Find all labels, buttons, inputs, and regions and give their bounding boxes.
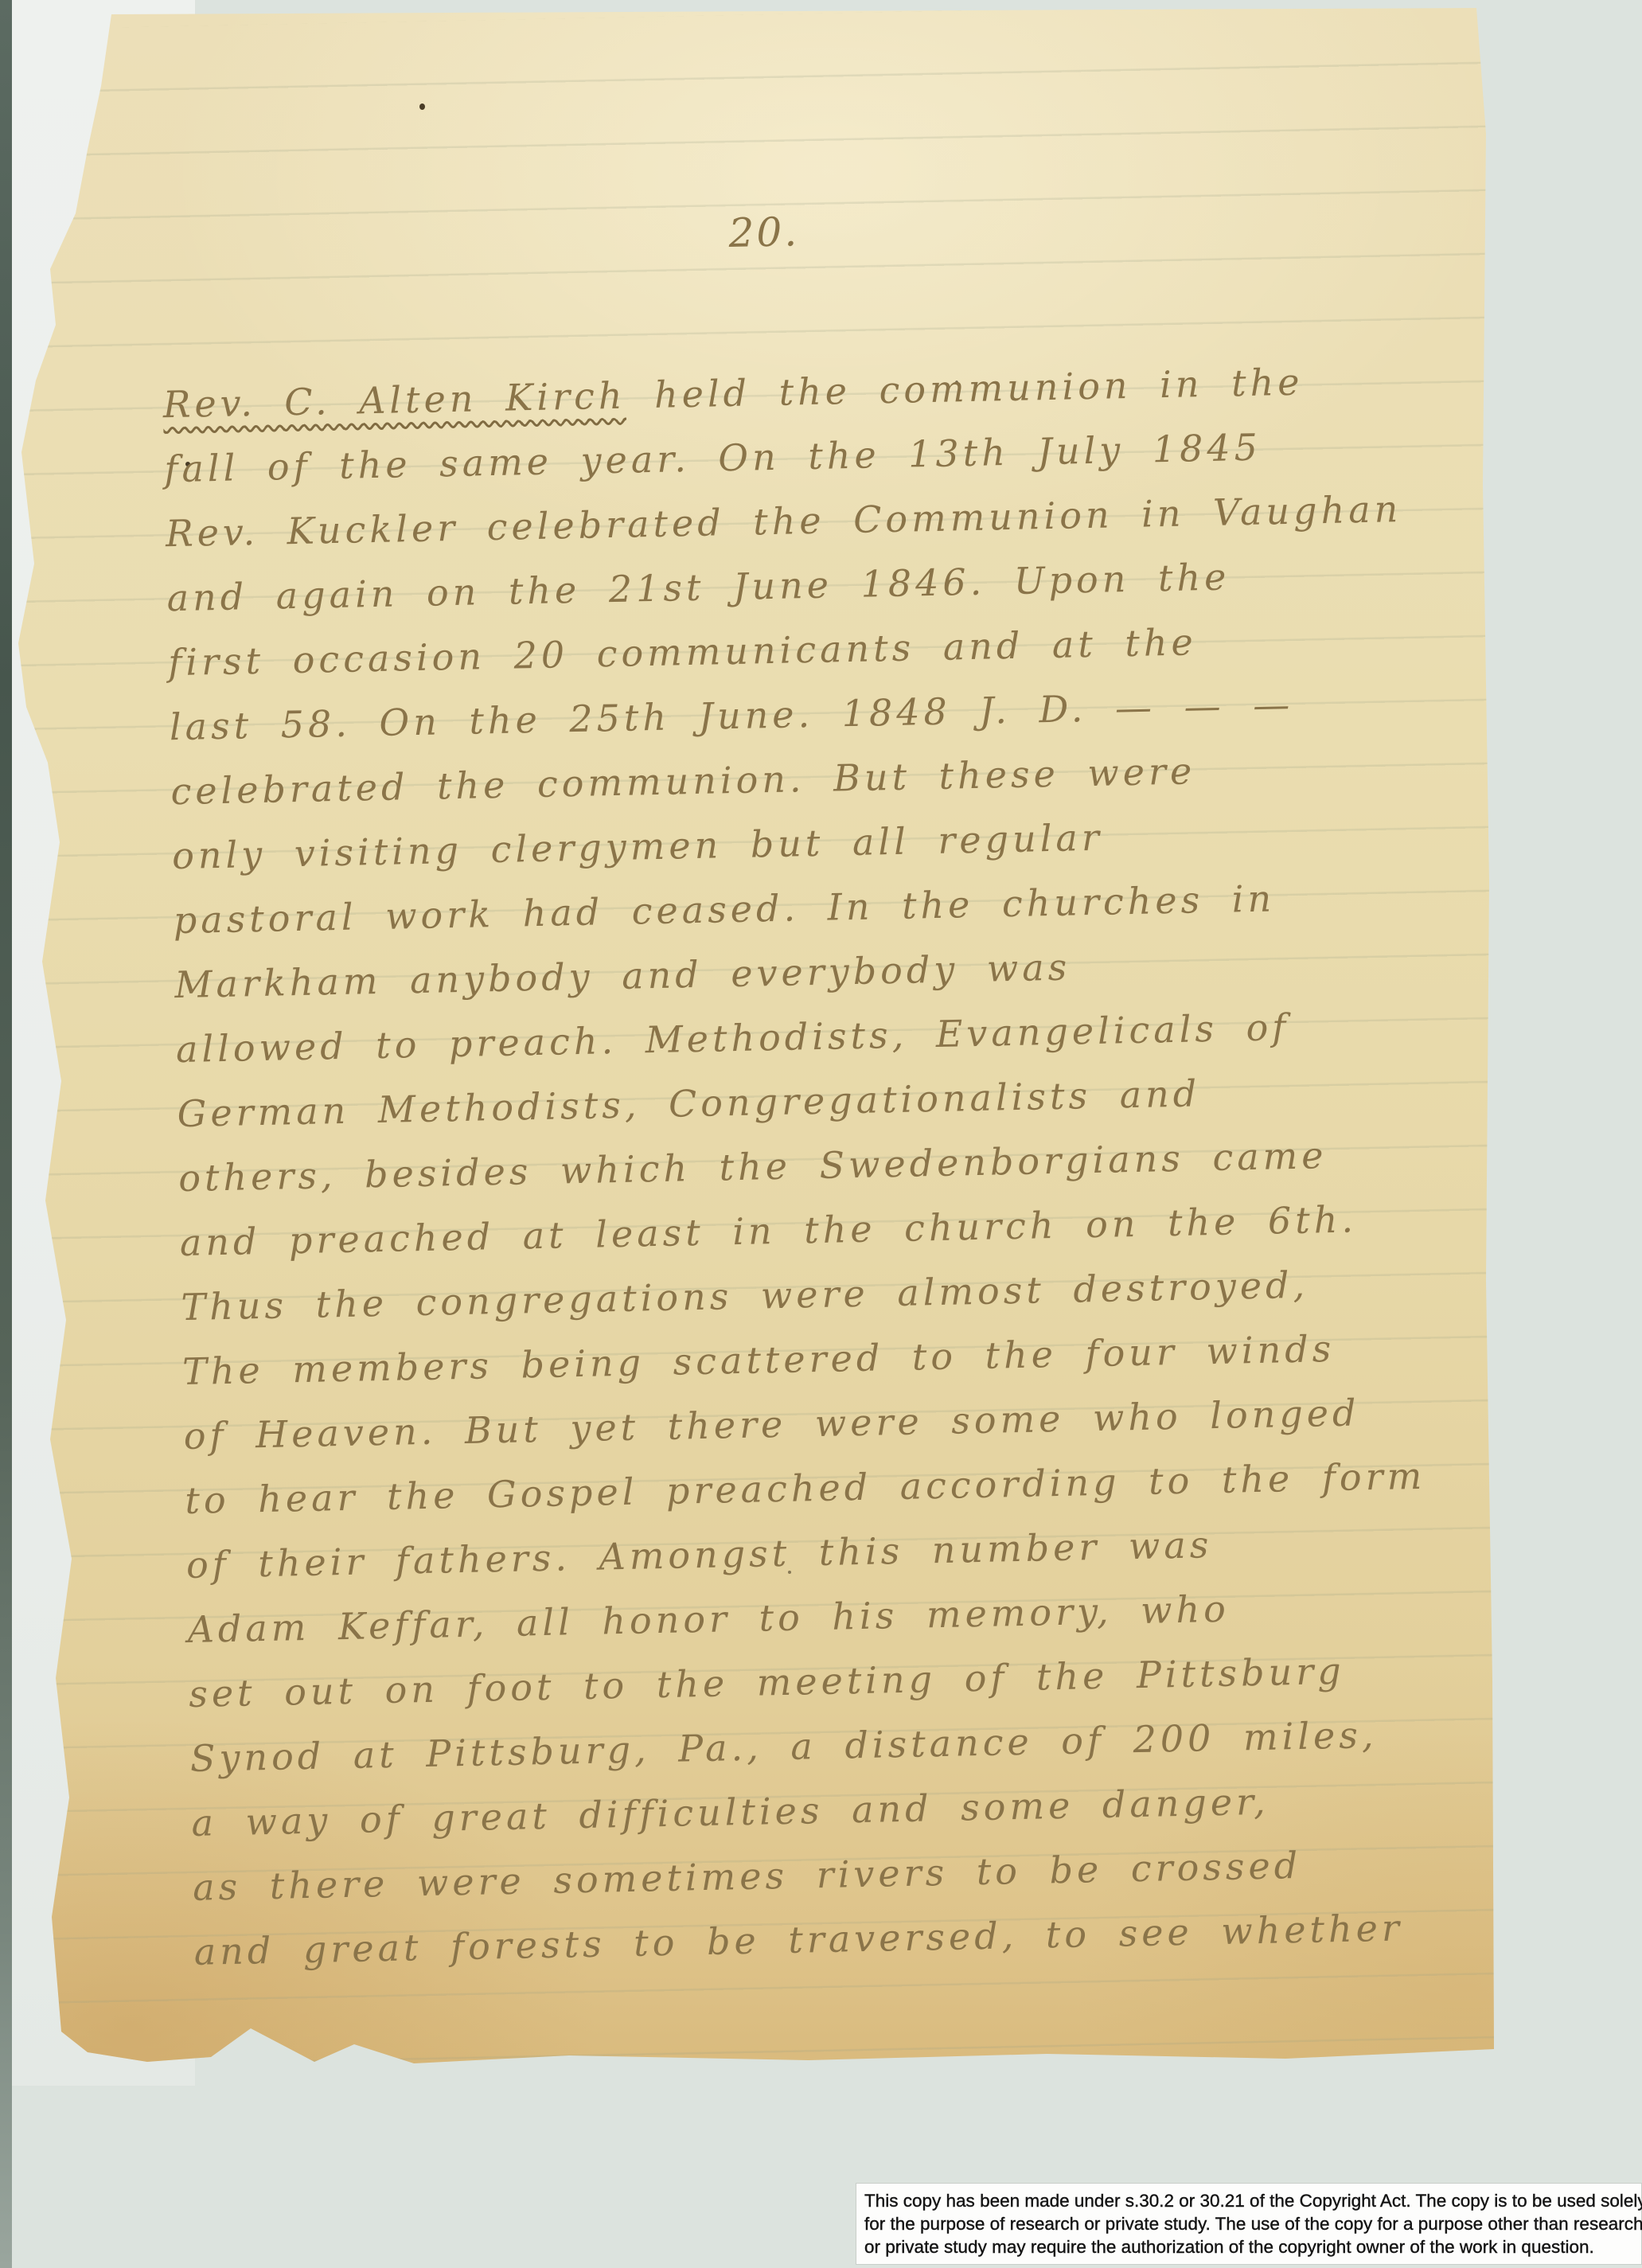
scanned-page: 20. Rev. C. Alten Kirch held the communi…: [0, 0, 1642, 2268]
copyright-line: This copy has been made under s.30.2 or …: [864, 2189, 1641, 2212]
heading-rest: held the communion in the: [626, 361, 1304, 417]
page-number: 20.: [728, 209, 800, 256]
handwriting-layer: 20. Rev. C. Alten Kirch held the communi…: [0, 0, 1642, 2268]
copyright-line: or private study may require the authori…: [864, 2235, 1641, 2258]
manuscript-text: Rev. C. Alten Kirch held the communion i…: [162, 346, 1531, 1985]
underlined-phrase: Rev. C. Alten Kirch: [162, 374, 626, 427]
copyright-line: for the purpose of research or private s…: [864, 2212, 1641, 2235]
copyright-notice-box: This copy has been made under s.30.2 or …: [856, 2183, 1642, 2265]
